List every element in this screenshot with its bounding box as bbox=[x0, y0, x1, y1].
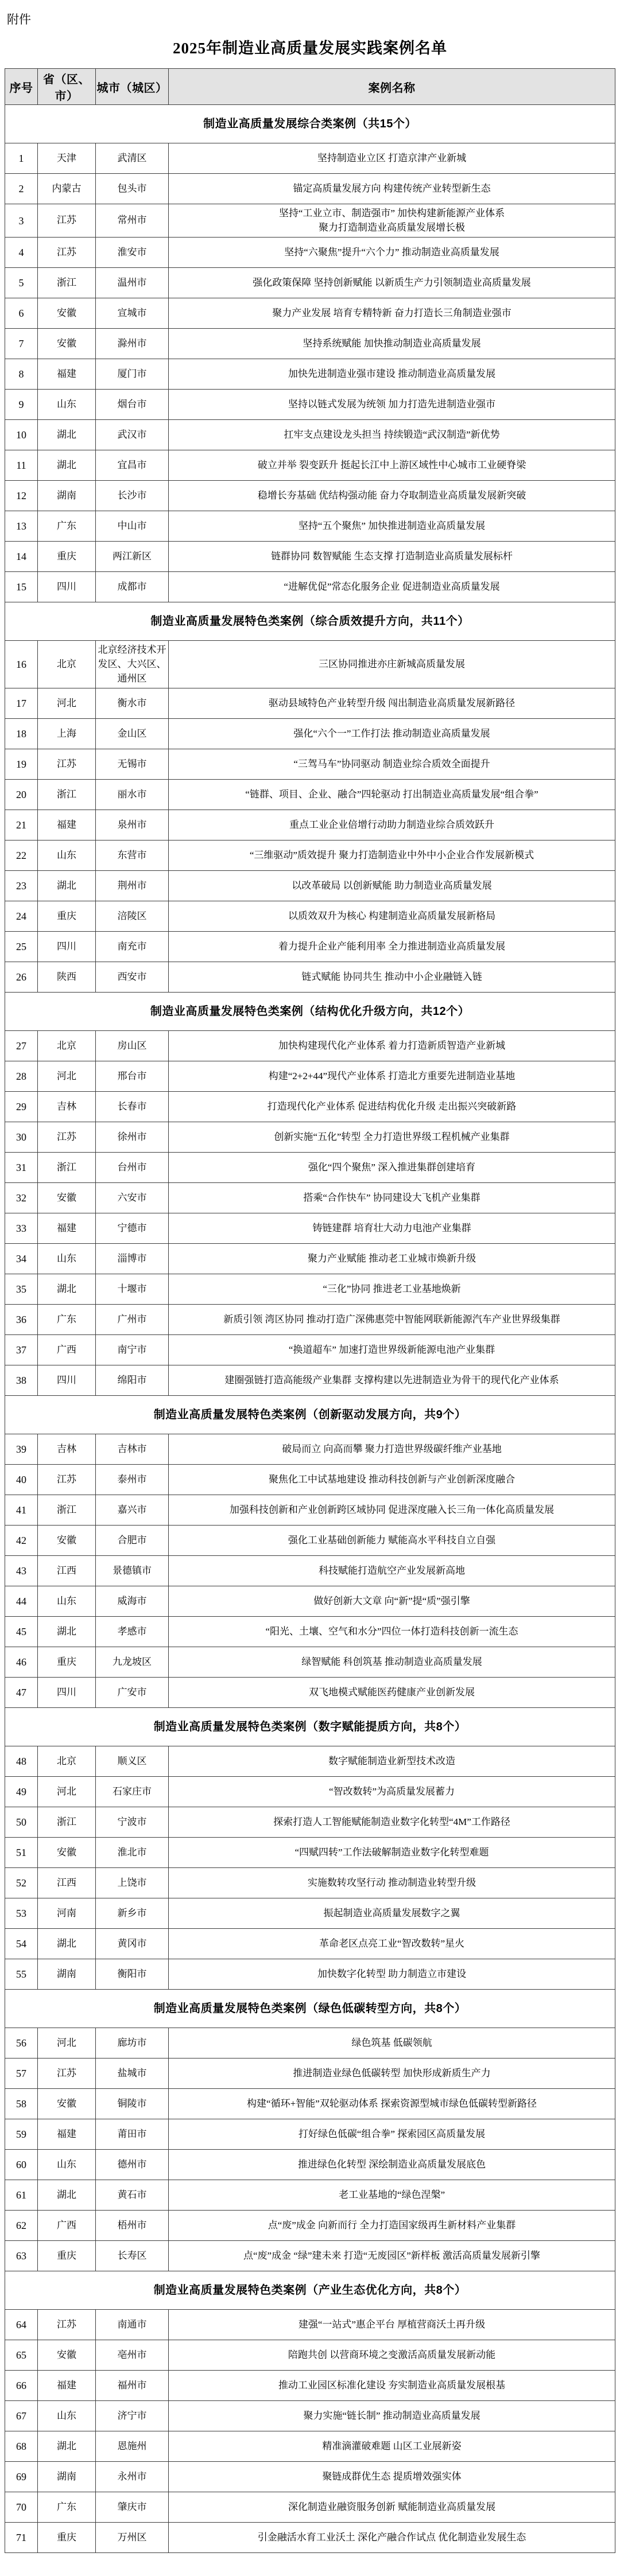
cell-province: 湖南 bbox=[38, 2462, 96, 2492]
cell-province: 上海 bbox=[38, 719, 96, 749]
cell-province: 山东 bbox=[38, 2401, 96, 2431]
cell-case-title: 聚力产业发展 培育专精特新 奋力打造长三角制造业强市 bbox=[169, 298, 615, 329]
table-row: 47四川广安市双飞地模式赋能医药健康产业创新发展 bbox=[5, 1678, 615, 1708]
cell-city: 中山市 bbox=[96, 511, 169, 542]
cell-city: 肇庆市 bbox=[96, 2492, 169, 2523]
cell-case-title: 坚持以链式发展为统领 加力打造先进制造业强市 bbox=[169, 390, 615, 420]
table-row: 64江苏南通市建强“一站式”惠企平台 厚植营商沃土再升级 bbox=[5, 2310, 615, 2340]
cell-case-title: “阳光、土壤、空气和水分”四位一体打造科技创新一流生态 bbox=[169, 1617, 615, 1647]
cell-province: 安徽 bbox=[38, 2089, 96, 2119]
cell-city: 烟台市 bbox=[96, 390, 169, 420]
cell-case-title: 聚焦化工中试基地建设 推动科技创新与产业创新深度融合 bbox=[169, 1465, 615, 1495]
cell-province: 湖北 bbox=[38, 1274, 96, 1305]
section-header-row: 制造业高质量发展特色类案例（绿色低碳转型方向，共8个） bbox=[5, 1990, 615, 2028]
cell-province: 江西 bbox=[38, 1556, 96, 1586]
cell-case-title: 绿智赋能 科创筑基 推动制造业高质量发展 bbox=[169, 1647, 615, 1678]
cell-city: 泰州市 bbox=[96, 1465, 169, 1495]
section-title: 制造业高质量发展特色类案例（产业生态优化方向，共8个） bbox=[5, 2271, 615, 2310]
cell-case-title: 加快数字化转型 助力制造立市建设 bbox=[169, 1959, 615, 1990]
cell-index: 15 bbox=[5, 572, 38, 602]
cell-province: 湖南 bbox=[38, 1959, 96, 1990]
cell-province: 浙江 bbox=[38, 1495, 96, 1526]
table-row: 61湖北黄石市老工业基地的“绿色涅槃” bbox=[5, 2180, 615, 2211]
cell-index: 7 bbox=[5, 329, 38, 359]
cell-province: 河北 bbox=[38, 2028, 96, 2059]
cell-case-title: 聚力实施“链长制” 推动制造业高质量发展 bbox=[169, 2401, 615, 2431]
cell-city: 宣城市 bbox=[96, 298, 169, 329]
cell-index: 42 bbox=[5, 1526, 38, 1556]
cell-index: 44 bbox=[5, 1586, 38, 1617]
cell-city: 包头市 bbox=[96, 174, 169, 204]
cell-city: 台州市 bbox=[96, 1153, 169, 1183]
table-row: 52江西上饶市实施数转攻坚行动 推动制造业转型升级 bbox=[5, 1868, 615, 1898]
cell-city: 武汉市 bbox=[96, 420, 169, 450]
cell-city: 丽水市 bbox=[96, 780, 169, 810]
cell-city: 永州市 bbox=[96, 2462, 169, 2492]
table-row: 33福建宁德市铸链建群 培育壮大动力电池产业集群 bbox=[5, 1213, 615, 1244]
cell-province: 安徽 bbox=[38, 2340, 96, 2371]
cell-case-title: 坚持“五个聚焦” 加快推进制造业高质量发展 bbox=[169, 511, 615, 542]
cell-case-title: 强化政策保障 坚持创新赋能 以新质生产力引领制造业高质量发展 bbox=[169, 268, 615, 298]
cell-city: 两江新区 bbox=[96, 542, 169, 572]
cell-case-title: 实施数转攻坚行动 推动制造业转型升级 bbox=[169, 1868, 615, 1898]
table-row: 71重庆万州区引金融活水育工业沃土 深化产融合作试点 优化制造业发展生态 bbox=[5, 2523, 615, 2553]
cell-city: 福州市 bbox=[96, 2371, 169, 2401]
cell-case-title: 构建“循环+智能”双轮驱动体系 探索资源型城市绿色低碳转型新路径 bbox=[169, 2089, 615, 2119]
cell-city: 金山区 bbox=[96, 719, 169, 749]
cell-index: 65 bbox=[5, 2340, 38, 2371]
cell-province: 河南 bbox=[38, 1898, 96, 1929]
section-header-row: 制造业高质量发展特色类案例（产业生态优化方向，共8个） bbox=[5, 2271, 615, 2310]
cell-case-title: 老工业基地的“绿色涅槃” bbox=[169, 2180, 615, 2211]
cell-province: 安徽 bbox=[38, 1183, 96, 1213]
table-row: 11湖北宜昌市破立并举 裂变跃升 挺起长江中上游区域性中心城市工业硬脊梁 bbox=[5, 450, 615, 481]
cell-province: 江苏 bbox=[38, 2310, 96, 2340]
cell-case-title: 振起制造业高质量发展数字之翼 bbox=[169, 1898, 615, 1929]
cell-index: 35 bbox=[5, 1274, 38, 1305]
cell-province: 内蒙古 bbox=[38, 174, 96, 204]
cell-city: 无锡市 bbox=[96, 749, 169, 780]
cell-province: 广东 bbox=[38, 1305, 96, 1335]
cell-case-title: “三化”协同 推进老工业基地焕新 bbox=[169, 1274, 615, 1305]
cell-city: 厦门市 bbox=[96, 359, 169, 390]
cell-city: 嘉兴市 bbox=[96, 1495, 169, 1526]
cell-province: 北京 bbox=[38, 1031, 96, 1061]
column-header-case-name: 案例名称 bbox=[169, 69, 615, 105]
cell-index: 53 bbox=[5, 1898, 38, 1929]
cell-city: 德州市 bbox=[96, 2150, 169, 2180]
cell-index: 48 bbox=[5, 1746, 38, 1777]
cell-province: 福建 bbox=[38, 810, 96, 840]
cell-index: 13 bbox=[5, 511, 38, 542]
table-row: 23湖北荆州市以改革破局 以创新赋能 助力制造业高质量发展 bbox=[5, 871, 615, 901]
cell-city: 铜陵市 bbox=[96, 2089, 169, 2119]
table-row: 56河北廊坊市绿色筑基 低碳领航 bbox=[5, 2028, 615, 2059]
cell-city: 威海市 bbox=[96, 1586, 169, 1617]
cell-province: 北京 bbox=[38, 1746, 96, 1777]
cell-case-title: 加快先进制造业强市建设 推动制造业高质量发展 bbox=[169, 359, 615, 390]
cell-case-title: 精准滴灌破难题 山区工业展新姿 bbox=[169, 2431, 615, 2462]
cell-index: 41 bbox=[5, 1495, 38, 1526]
cell-case-title: 构建“2+2+44”现代产业体系 打造北方重要先进制造业基地 bbox=[169, 1061, 615, 1092]
cell-index: 36 bbox=[5, 1305, 38, 1335]
cell-case-title: 着力提升企业产能利用率 全力推进制造业高质量发展 bbox=[169, 932, 615, 962]
cell-province: 江苏 bbox=[38, 1465, 96, 1495]
cell-city: 新乡市 bbox=[96, 1898, 169, 1929]
cell-province: 浙江 bbox=[38, 1807, 96, 1838]
column-header-province: 省（区、市） bbox=[38, 69, 96, 105]
table-row: 20浙江丽水市“链群、项目、企业、融合”四轮驱动 打出制造业高质量发展“组合拳” bbox=[5, 780, 615, 810]
table-row: 51安徽淮北市“四赋四转”工作法破解制造业数字化转型难题 bbox=[5, 1838, 615, 1868]
cell-case-title: “换道超车” 加速打造世界级新能源电池产业集群 bbox=[169, 1335, 615, 1365]
cell-index: 50 bbox=[5, 1807, 38, 1838]
cell-province: 安徽 bbox=[38, 1838, 96, 1868]
cell-city: 景德镇市 bbox=[96, 1556, 169, 1586]
table-row: 49河北石家庄市“智改数转”为高质量发展蓄力 bbox=[5, 1777, 615, 1807]
cell-case-title: “四赋四转”工作法破解制造业数字化转型难题 bbox=[169, 1838, 615, 1868]
cell-index: 5 bbox=[5, 268, 38, 298]
table-row: 37广西南宁市“换道超车” 加速打造世界级新能源电池产业集群 bbox=[5, 1335, 615, 1365]
cell-case-title: 链式赋能 协同共生 推动中小企业融链入链 bbox=[169, 962, 615, 993]
cell-index: 57 bbox=[5, 2059, 38, 2089]
cell-index: 4 bbox=[5, 238, 38, 268]
cell-index: 61 bbox=[5, 2180, 38, 2211]
cell-index: 16 bbox=[5, 641, 38, 688]
cell-city: 成都市 bbox=[96, 572, 169, 602]
cell-city: 绵阳市 bbox=[96, 1365, 169, 1396]
cell-city: 涪陵区 bbox=[96, 901, 169, 932]
table-row: 1天津武清区坚持制造业立区 打造京津产业新城 bbox=[5, 143, 615, 174]
cell-city: 盐城市 bbox=[96, 2059, 169, 2089]
cell-city: 温州市 bbox=[96, 268, 169, 298]
table-row: 39吉林吉林市破局而立 向高而攀 聚力打造世界级碳纤维产业基地 bbox=[5, 1434, 615, 1465]
cell-city: 南宁市 bbox=[96, 1335, 169, 1365]
cell-city: 邢台市 bbox=[96, 1061, 169, 1092]
cell-case-title: 铸链建群 培育壮大动力电池产业集群 bbox=[169, 1213, 615, 1244]
table-row: 4江苏淮安市坚持“六聚焦”提升“六个力” 推动制造业高质量发展 bbox=[5, 238, 615, 268]
table-row: 14重庆两江新区链群协同 数智赋能 生态支撑 打造制造业高质量发展标杆 bbox=[5, 542, 615, 572]
section-header-row: 制造业高质量发展特色类案例（创新驱动发展方向，共9个） bbox=[5, 1396, 615, 1434]
cell-case-title: 扛牢支点建设龙头担当 持续锻造“武汉制造”新优势 bbox=[169, 420, 615, 450]
cell-province: 山东 bbox=[38, 390, 96, 420]
table-row: 16北京北京经济技术开发区、大兴区、通州区三区协同推进亦庄新城高质量发展 bbox=[5, 641, 615, 688]
cell-city: 亳州市 bbox=[96, 2340, 169, 2371]
cell-case-title: 坚持“六聚焦”提升“六个力” 推动制造业高质量发展 bbox=[169, 238, 615, 268]
cell-index: 62 bbox=[5, 2211, 38, 2241]
table-row: 32安徽六安市搭乘“合作快车” 协同建设大飞机产业集群 bbox=[5, 1183, 615, 1213]
cell-province: 河北 bbox=[38, 688, 96, 719]
section-title: 制造业高质量发展特色类案例（绿色低碳转型方向，共8个） bbox=[5, 1990, 615, 2028]
cell-index: 23 bbox=[5, 871, 38, 901]
cell-case-title: 打造现代化产业体系 促进结构优化升级 走出振兴突破新路 bbox=[169, 1092, 615, 1122]
cell-city: 衡阳市 bbox=[96, 1959, 169, 1990]
cell-index: 34 bbox=[5, 1244, 38, 1274]
cell-city: 长春市 bbox=[96, 1092, 169, 1122]
table-row: 31浙江台州市强化“四个聚焦” 深入推进集群创建培育 bbox=[5, 1153, 615, 1183]
cell-case-title: 破立并举 裂变跃升 挺起长江中上游区域性中心城市工业硬脊梁 bbox=[169, 450, 615, 481]
cell-case-title: 建圈强链打造高能级产业集群 支撑构建以先进制造业为骨干的现代化产业体系 bbox=[169, 1365, 615, 1396]
cell-province: 江西 bbox=[38, 1868, 96, 1898]
cell-case-title: 以质效双升为核心 构建制造业高质量发展新格局 bbox=[169, 901, 615, 932]
cell-case-title: 深化制造业融资服务创新 赋能制造业高质量发展 bbox=[169, 2492, 615, 2523]
cell-index: 8 bbox=[5, 359, 38, 390]
cell-index: 1 bbox=[5, 143, 38, 174]
cell-case-title: “三驾马车”协同驱动 制造业综合质效全面提升 bbox=[169, 749, 615, 780]
cell-province: 江苏 bbox=[38, 204, 96, 238]
table-row: 40江苏泰州市聚焦化工中试基地建设 推动科技创新与产业创新深度融合 bbox=[5, 1465, 615, 1495]
section-title: 制造业高质量发展综合类案例（共15个） bbox=[5, 105, 615, 143]
cell-index: 70 bbox=[5, 2492, 38, 2523]
cell-index: 67 bbox=[5, 2401, 38, 2431]
attachment-label: 附件 bbox=[7, 10, 615, 28]
cell-city: 吉林市 bbox=[96, 1434, 169, 1465]
cell-case-title: 绿色筑基 低碳领航 bbox=[169, 2028, 615, 2059]
table-row: 45湖北孝感市“阳光、土壤、空气和水分”四位一体打造科技创新一流生态 bbox=[5, 1617, 615, 1647]
table-row: 5浙江温州市强化政策保障 坚持创新赋能 以新质生产力引领制造业高质量发展 bbox=[5, 268, 615, 298]
cell-case-title: 数字赋能制造业新型技术改造 bbox=[169, 1746, 615, 1777]
cell-index: 38 bbox=[5, 1365, 38, 1396]
table-row: 13广东中山市坚持“五个聚焦” 加快推进制造业高质量发展 bbox=[5, 511, 615, 542]
cell-province: 北京 bbox=[38, 641, 96, 688]
cell-city: 武清区 bbox=[96, 143, 169, 174]
cell-city: 滁州市 bbox=[96, 329, 169, 359]
cell-index: 21 bbox=[5, 810, 38, 840]
cell-case-title: 以改革破局 以创新赋能 助力制造业高质量发展 bbox=[169, 871, 615, 901]
cell-city: 淮安市 bbox=[96, 238, 169, 268]
cell-province: 重庆 bbox=[38, 2241, 96, 2271]
section-title: 制造业高质量发展特色类案例（结构优化升级方向，共12个） bbox=[5, 993, 615, 1031]
section-header-row: 制造业高质量发展特色类案例（综合质效提升方向，共11个） bbox=[5, 602, 615, 641]
cell-index: 55 bbox=[5, 1959, 38, 1990]
cell-case-title: 革命老区点亮工业“智改数转”星火 bbox=[169, 1929, 615, 1959]
cell-city: 恩施州 bbox=[96, 2431, 169, 2462]
cell-index: 37 bbox=[5, 1335, 38, 1365]
cell-city: 常州市 bbox=[96, 204, 169, 238]
column-header-index: 序号 bbox=[5, 69, 38, 105]
cell-city: 西安市 bbox=[96, 962, 169, 993]
table-row: 69湖南永州市聚链成群优生态 提质增效强实体 bbox=[5, 2462, 615, 2492]
table-row: 28河北邢台市构建“2+2+44”现代产业体系 打造北方重要先进制造业基地 bbox=[5, 1061, 615, 1092]
table-row: 57江苏盐城市推进制造业绿色低碳转型 加快形成新质生产力 bbox=[5, 2059, 615, 2089]
table-row: 27北京房山区加快构建现代化产业体系 着力打造新质智造产业新城 bbox=[5, 1031, 615, 1061]
table-row: 59福建莆田市打好绿色低碳“组合拳” 探索园区高质量发展 bbox=[5, 2119, 615, 2150]
cell-index: 27 bbox=[5, 1031, 38, 1061]
table-row: 8福建厦门市加快先进制造业强市建设 推动制造业高质量发展 bbox=[5, 359, 615, 390]
cell-city: 十堰市 bbox=[96, 1274, 169, 1305]
cell-case-title: 三区协同推进亦庄新城高质量发展 bbox=[169, 641, 615, 688]
cell-province: 广西 bbox=[38, 1335, 96, 1365]
cell-index: 29 bbox=[5, 1092, 38, 1122]
page-title: 2025年制造业高质量发展实践案例名单 bbox=[5, 36, 615, 58]
table-row: 53河南新乡市振起制造业高质量发展数字之翼 bbox=[5, 1898, 615, 1929]
cell-index: 31 bbox=[5, 1153, 38, 1183]
cell-province: 湖北 bbox=[38, 450, 96, 481]
cell-case-title: 推进绿色化转型 深绘制造业高质量发展底色 bbox=[169, 2150, 615, 2180]
section-header-row: 制造业高质量发展特色类案例（数字赋能提质方向，共8个） bbox=[5, 1708, 615, 1746]
table-row: 30江苏徐州市创新实施“五化”转型 全力打造世界级工程机械产业集群 bbox=[5, 1122, 615, 1153]
cell-case-title: 新质引领 湾区协同 推动打造广深佛惠莞中智能网联新能源汽车产业世界级集群 bbox=[169, 1305, 615, 1335]
table-row: 70广东肇庆市深化制造业融资服务创新 赋能制造业高质量发展 bbox=[5, 2492, 615, 2523]
table-row: 19江苏无锡市“三驾马车”协同驱动 制造业综合质效全面提升 bbox=[5, 749, 615, 780]
cell-province: 重庆 bbox=[38, 901, 96, 932]
cell-index: 22 bbox=[5, 840, 38, 871]
cell-index: 45 bbox=[5, 1617, 38, 1647]
cell-city: 广安市 bbox=[96, 1678, 169, 1708]
cell-province: 山东 bbox=[38, 840, 96, 871]
cell-case-title: 稳增长夯基础 优结构强动能 奋力夺取制造业高质量发展新突破 bbox=[169, 481, 615, 511]
cell-province: 浙江 bbox=[38, 780, 96, 810]
table-row: 44山东威海市做好创新大文章 向“新”提“质”强引擎 bbox=[5, 1586, 615, 1617]
cell-index: 10 bbox=[5, 420, 38, 450]
cell-index: 43 bbox=[5, 1556, 38, 1586]
cell-city: 合肥市 bbox=[96, 1526, 169, 1556]
table-row: 54湖北黄冈市革命老区点亮工业“智改数转”星火 bbox=[5, 1929, 615, 1959]
cell-index: 39 bbox=[5, 1434, 38, 1465]
cell-province: 湖北 bbox=[38, 1617, 96, 1647]
cell-province: 山东 bbox=[38, 2150, 96, 2180]
cell-case-title: 重点工业企业倍增行动助力制造业综合质效跃升 bbox=[169, 810, 615, 840]
cell-province: 四川 bbox=[38, 572, 96, 602]
cell-province: 安徽 bbox=[38, 298, 96, 329]
cell-index: 59 bbox=[5, 2119, 38, 2150]
cell-case-title: “三维驱动”质效提升 聚力打造制造业中外中小企业合作发展新模式 bbox=[169, 840, 615, 871]
table-row: 6安徽宣城市聚力产业发展 培育专精特新 奋力打造长三角制造业强市 bbox=[5, 298, 615, 329]
cell-case-title: 引金融活水育工业沃土 深化产融合作试点 优化制造业发展生态 bbox=[169, 2523, 615, 2553]
table-row: 41浙江嘉兴市加强科技创新和产业创新跨区域协同 促进深度融入长三角一体化高质量发… bbox=[5, 1495, 615, 1526]
cell-case-title: 坚持系统赋能 加快推动制造业高质量发展 bbox=[169, 329, 615, 359]
cell-city: 宁德市 bbox=[96, 1213, 169, 1244]
cell-index: 2 bbox=[5, 174, 38, 204]
cell-index: 20 bbox=[5, 780, 38, 810]
cell-index: 17 bbox=[5, 688, 38, 719]
cell-city: 长寿区 bbox=[96, 2241, 169, 2271]
table-row: 15四川成都市“进解优促”常态化服务企业 促进制造业高质量发展 bbox=[5, 572, 615, 602]
cell-index: 52 bbox=[5, 1868, 38, 1898]
cell-index: 63 bbox=[5, 2241, 38, 2271]
cell-case-title: 坚持制造业立区 打造京津产业新城 bbox=[169, 143, 615, 174]
cell-province: 福建 bbox=[38, 1213, 96, 1244]
table-row: 48北京顺义区数字赋能制造业新型技术改造 bbox=[5, 1746, 615, 1777]
cell-province: 重庆 bbox=[38, 542, 96, 572]
table-row: 42安徽合肥市强化工业基础创新能力 赋能高水平科技自立自强 bbox=[5, 1526, 615, 1556]
cell-province: 河北 bbox=[38, 1777, 96, 1807]
cell-province: 广西 bbox=[38, 2211, 96, 2241]
cell-province: 四川 bbox=[38, 1365, 96, 1396]
cell-case-title: 锚定高质量发展方向 构建传统产业转型新生态 bbox=[169, 174, 615, 204]
cell-index: 58 bbox=[5, 2089, 38, 2119]
cell-city: 济宁市 bbox=[96, 2401, 169, 2431]
cell-case-title: 强化“六个一”工作打法 推动制造业高质量发展 bbox=[169, 719, 615, 749]
cell-index: 28 bbox=[5, 1061, 38, 1092]
table-row: 12湖南长沙市稳增长夯基础 优结构强动能 奋力夺取制造业高质量发展新突破 bbox=[5, 481, 615, 511]
cell-province: 江苏 bbox=[38, 1122, 96, 1153]
cell-province: 四川 bbox=[38, 932, 96, 962]
cell-index: 40 bbox=[5, 1465, 38, 1495]
cell-city: 宜昌市 bbox=[96, 450, 169, 481]
cell-city: 衡水市 bbox=[96, 688, 169, 719]
cell-index: 60 bbox=[5, 2150, 38, 2180]
table-row: 34山东淄博市聚力产业赋能 推动老工业城市焕新升级 bbox=[5, 1244, 615, 1274]
cell-province: 天津 bbox=[38, 143, 96, 174]
cell-index: 68 bbox=[5, 2431, 38, 2462]
table-row: 55湖南衡阳市加快数字化转型 助力制造立市建设 bbox=[5, 1959, 615, 1990]
table-row: 46重庆九龙坡区绿智赋能 科创筑基 推动制造业高质量发展 bbox=[5, 1647, 615, 1678]
cell-city: 黄石市 bbox=[96, 2180, 169, 2211]
table-row: 17河北衡水市驱动县域特色产业转型升级 闯出制造业高质量发展新路径 bbox=[5, 688, 615, 719]
cell-province: 江苏 bbox=[38, 2059, 96, 2089]
cell-case-title: 强化工业基础创新能力 赋能高水平科技自立自强 bbox=[169, 1526, 615, 1556]
cell-city: 孝感市 bbox=[96, 1617, 169, 1647]
document-page: 附件 2025年制造业高质量发展实践案例名单 序号 省（区、市） 城市（城区） … bbox=[0, 0, 620, 2576]
cell-index: 24 bbox=[5, 901, 38, 932]
table-row: 65安徽亳州市陪跑共创 以营商环境之变激活高质量发展新动能 bbox=[5, 2340, 615, 2371]
cell-province: 湖北 bbox=[38, 420, 96, 450]
table-row: 18上海金山区强化“六个一”工作打法 推动制造业高质量发展 bbox=[5, 719, 615, 749]
cell-index: 71 bbox=[5, 2523, 38, 2553]
cell-index: 14 bbox=[5, 542, 38, 572]
cell-index: 33 bbox=[5, 1213, 38, 1244]
cell-province: 湖北 bbox=[38, 1929, 96, 1959]
cell-case-title: 创新实施“五化”转型 全力打造世界级工程机械产业集群 bbox=[169, 1122, 615, 1153]
section-header-row: 制造业高质量发展特色类案例（结构优化升级方向，共12个） bbox=[5, 993, 615, 1031]
cell-index: 6 bbox=[5, 298, 38, 329]
table-row: 58安徽铜陵市构建“循环+智能”双轮驱动体系 探索资源型城市绿色低碳转型新路径 bbox=[5, 2089, 615, 2119]
cell-province: 山东 bbox=[38, 1586, 96, 1617]
cell-city: 徐州市 bbox=[96, 1122, 169, 1153]
cell-case-title: 驱动县域特色产业转型升级 闯出制造业高质量发展新路径 bbox=[169, 688, 615, 719]
cell-index: 64 bbox=[5, 2310, 38, 2340]
cell-city: 荆州市 bbox=[96, 871, 169, 901]
cell-province: 江苏 bbox=[38, 749, 96, 780]
cell-city: 黄冈市 bbox=[96, 1929, 169, 1959]
cell-province: 福建 bbox=[38, 359, 96, 390]
cell-city: 南充市 bbox=[96, 932, 169, 962]
cell-index: 47 bbox=[5, 1678, 38, 1708]
cell-case-title: “链群、项目、企业、融合”四轮驱动 打出制造业高质量发展“组合拳” bbox=[169, 780, 615, 810]
table-row: 24重庆涪陵区以质效双升为核心 构建制造业高质量发展新格局 bbox=[5, 901, 615, 932]
table-row: 43江西景德镇市科技赋能打造航空产业发展新高地 bbox=[5, 1556, 615, 1586]
cell-index: 32 bbox=[5, 1183, 38, 1213]
cell-index: 30 bbox=[5, 1122, 38, 1153]
cell-city: 上饶市 bbox=[96, 1868, 169, 1898]
case-table-body: 制造业高质量发展综合类案例（共15个）1天津武清区坚持制造业立区 打造京津产业新… bbox=[5, 105, 615, 2553]
cell-city: 六安市 bbox=[96, 1183, 169, 1213]
cell-case-title: “进解优促”常态化服务企业 促进制造业高质量发展 bbox=[169, 572, 615, 602]
table-header-row: 序号 省（区、市） 城市（城区） 案例名称 bbox=[5, 69, 615, 105]
cell-case-title: 双飞地模式赋能医药健康产业创新发展 bbox=[169, 1678, 615, 1708]
cell-province: 河北 bbox=[38, 1061, 96, 1092]
section-header-row: 制造业高质量发展综合类案例（共15个） bbox=[5, 105, 615, 143]
cell-index: 46 bbox=[5, 1647, 38, 1678]
cell-city: 莆田市 bbox=[96, 2119, 169, 2150]
cell-case-title: 聚链成群优生态 提质增效强实体 bbox=[169, 2462, 615, 2492]
cell-index: 69 bbox=[5, 2462, 38, 2492]
cell-index: 25 bbox=[5, 932, 38, 962]
cell-city: 北京经济技术开发区、大兴区、通州区 bbox=[96, 641, 169, 688]
cell-case-title: 陪跑共创 以营商环境之变激活高质量发展新动能 bbox=[169, 2340, 615, 2371]
cell-index: 56 bbox=[5, 2028, 38, 2059]
cell-city: 泉州市 bbox=[96, 810, 169, 840]
table-row: 35湖北十堰市“三化”协同 推进老工业基地焕新 bbox=[5, 1274, 615, 1305]
section-title: 制造业高质量发展特色类案例（综合质效提升方向，共11个） bbox=[5, 602, 615, 641]
cell-province: 陕西 bbox=[38, 962, 96, 993]
cell-index: 26 bbox=[5, 962, 38, 993]
cell-index: 12 bbox=[5, 481, 38, 511]
cell-case-title: 探索打造人工智能赋能制造业数字化转型“4M”工作路径 bbox=[169, 1807, 615, 1838]
cell-province: 安徽 bbox=[38, 329, 96, 359]
cell-province: 吉林 bbox=[38, 1434, 96, 1465]
cell-case-title: 点“废”成金 向新而行 全力打造国家级再生新材料产业集群 bbox=[169, 2211, 615, 2241]
